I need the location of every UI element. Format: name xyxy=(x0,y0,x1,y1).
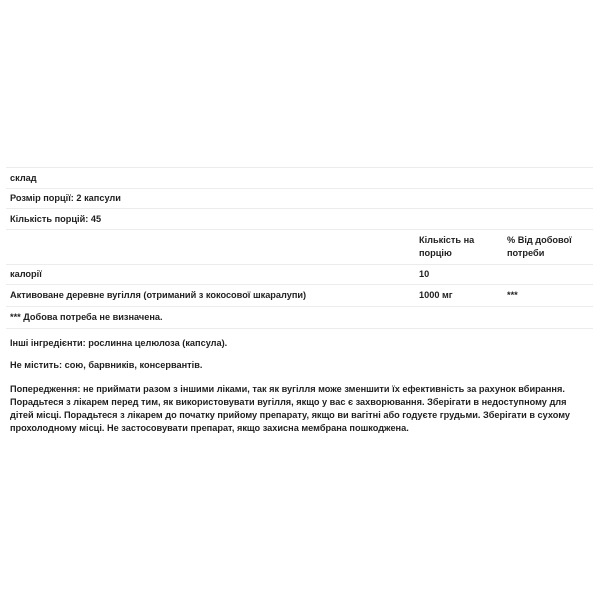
nutrient-name: Активоване деревне вугілля (отриманий з … xyxy=(6,290,419,300)
serving-size: Розмір порції: 2 капсули xyxy=(6,193,593,203)
other-ingredients: Інші інгредієнти: рослинна целюлоза (кап… xyxy=(10,337,595,350)
dv-column-header: % Від добової потреби xyxy=(507,234,593,260)
footnote: *** Добова потреба не визначена. xyxy=(6,312,593,322)
warning-line: Порадьтеся з лікарем перед тим, як викор… xyxy=(10,396,595,409)
table-row: калорії 10 xyxy=(6,265,593,285)
nutrient-amount: 10 xyxy=(419,269,507,279)
warning-text: Попередження: не приймати разом з іншими… xyxy=(10,383,595,435)
free-of: Не містить: сою, барвників, консервантів… xyxy=(10,359,595,372)
facts-title-row: склад xyxy=(6,168,593,189)
table-header-row: Кількість на порцію % Від добової потреб… xyxy=(6,230,593,265)
nutrient-dv: *** xyxy=(507,290,593,300)
warning-line: прохолодному місці. Не застосовувати пре… xyxy=(10,422,595,435)
footnote-row: *** Добова потреба не визначена. xyxy=(6,307,593,329)
amount-column-header: Кількість на порцію xyxy=(419,234,507,260)
product-notes: Інші інгредієнти: рослинна целюлоза (кап… xyxy=(10,337,595,435)
supplement-facts-table: склад Розмір порції: 2 капсули Кількість… xyxy=(6,167,593,329)
serving-size-row: Розмір порції: 2 капсули xyxy=(6,189,593,210)
nutrient-amount: 1000 мг xyxy=(419,290,507,300)
warning-line: дітей місці. Порадьтеся з лікарем до поч… xyxy=(10,409,595,422)
table-row: Активоване деревне вугілля (отриманий з … xyxy=(6,285,593,307)
nutrient-name: калорії xyxy=(6,269,419,279)
servings-count: Кількість порцій: 45 xyxy=(6,214,593,224)
warning-line: Попередження: не приймати разом з іншими… xyxy=(10,383,595,396)
facts-title: склад xyxy=(6,173,593,183)
servings-count-row: Кількість порцій: 45 xyxy=(6,209,593,230)
